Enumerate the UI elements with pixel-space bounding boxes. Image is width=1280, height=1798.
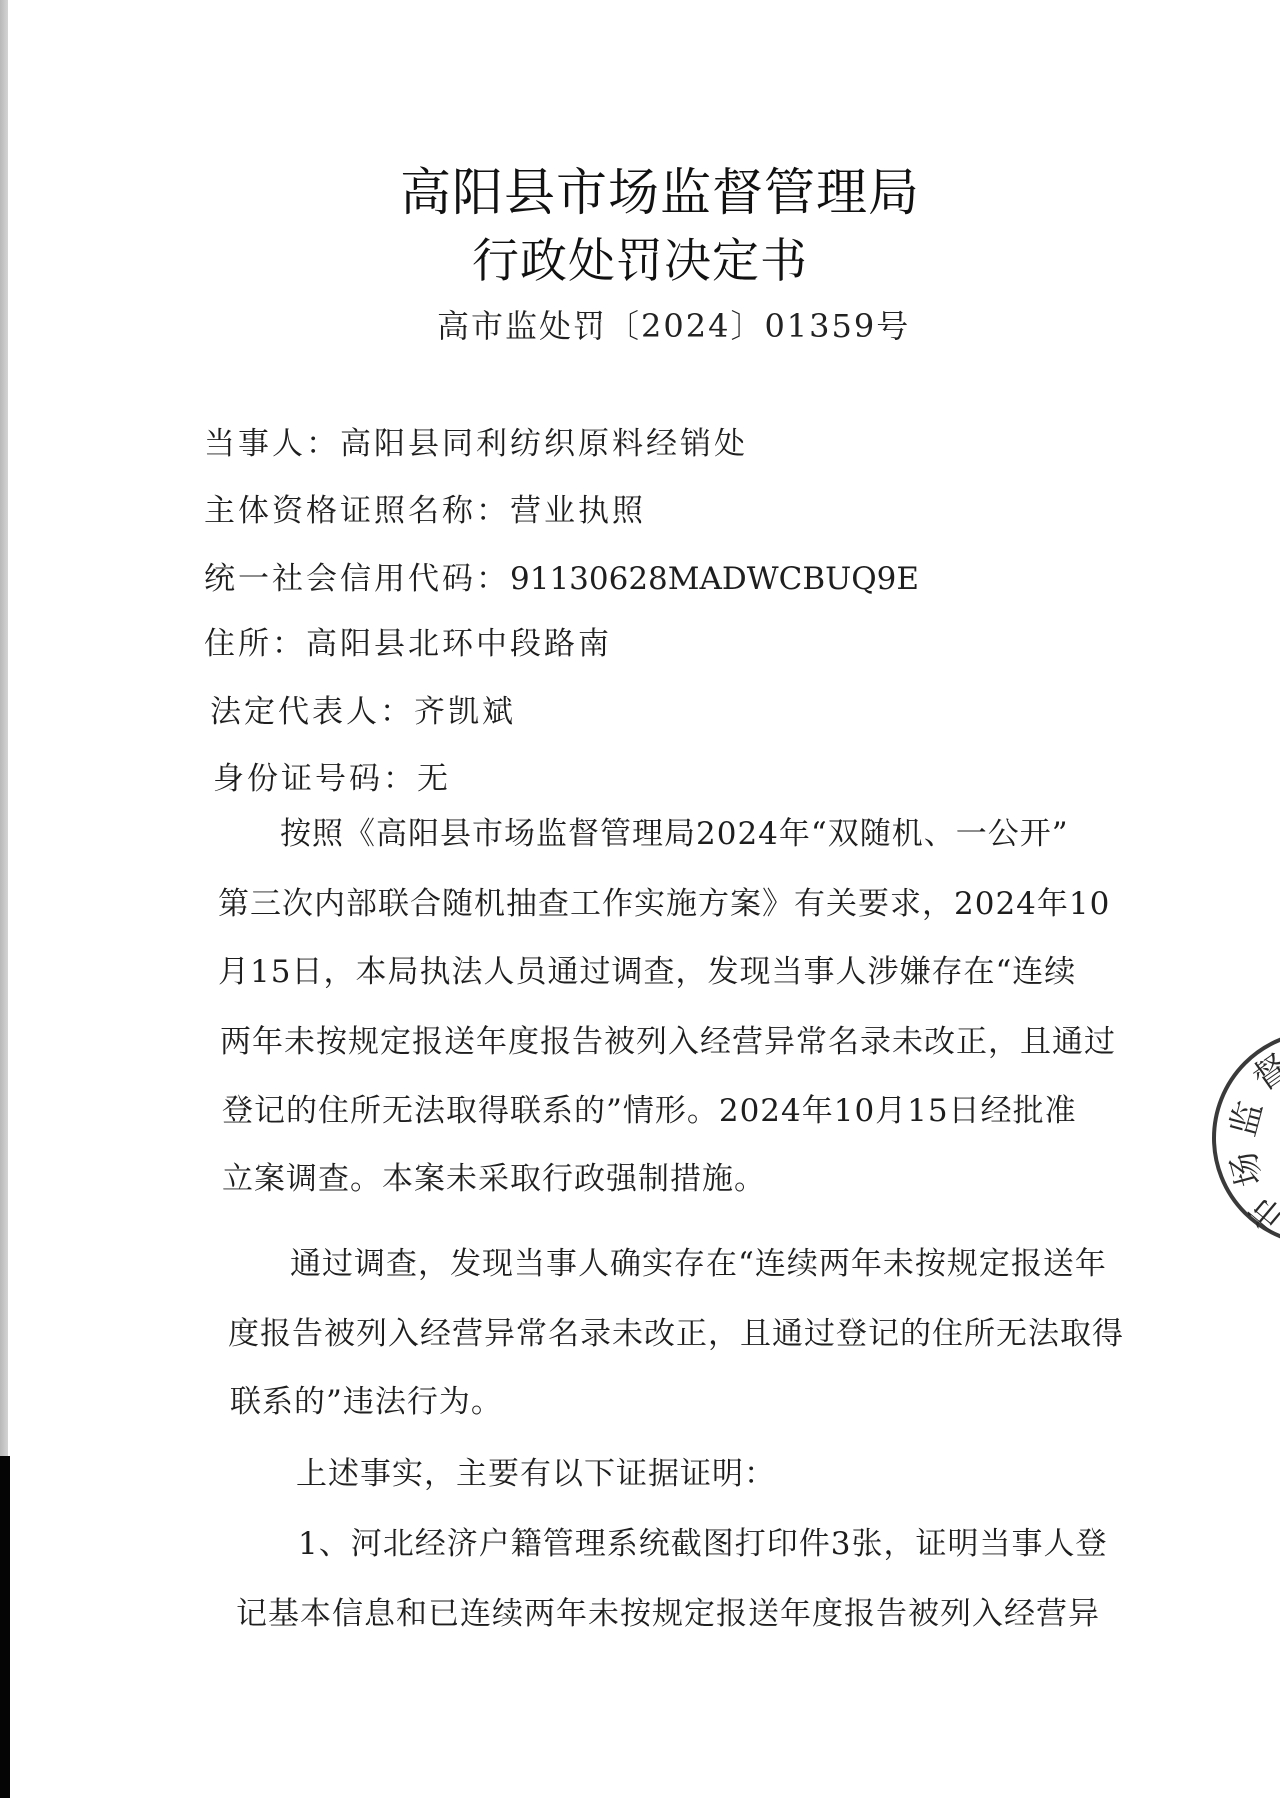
field-party: 当事人：高阳县同利纺织原料经销处 — [204, 429, 748, 460]
body-line: 度报告被列入经营异常名录未改正，且通过登记的住所无法取得 — [228, 1319, 1124, 1350]
seal-char: 市 — [1243, 1189, 1280, 1237]
field-license-name: 主体资格证照名称：营业执照 — [204, 496, 646, 527]
field-label: 当事人： — [204, 426, 340, 462]
title-document-type: 行政处罚决定书 — [472, 238, 808, 285]
body-line: 通过调查，发现当事人确实存在“连续两年未按规定报送年 — [290, 1249, 1107, 1280]
body-line: 上述事实，主要有以下证据证明： — [296, 1459, 776, 1490]
field-value: 高阳县同利纺织原料经销处 — [340, 426, 748, 462]
body-line: 记基本信息和已连续两年未按规定报送年度报告被列入经营异 — [236, 1599, 1100, 1630]
body-line: 按照《高阳县市场监督管理局2024年“双随机、一公开” — [280, 819, 1069, 850]
field-id-number: 身份证号码：无 — [213, 764, 451, 795]
seal-char: 监 — [1226, 1098, 1268, 1140]
field-value: 齐凯斌 — [414, 694, 516, 730]
document-number: 高市监处罚〔2024〕01359号 — [437, 310, 910, 342]
title-agency: 高阳县市场监督管理局 — [400, 168, 920, 219]
body-line: 两年未按规定报送年度报告被列入经营异常名录未改正，且通过 — [220, 1027, 1116, 1058]
body-line: 第三次内部联合随机抽查工作实施方案》有关要求，2024年10 — [218, 889, 1110, 920]
official-seal: 督 监 场 市 — [1212, 1030, 1280, 1246]
scan-edge-left-dark — [0, 1456, 10, 1798]
field-label: 住所： — [204, 626, 306, 662]
field-value: 91130628MADWCBUQ9E — [510, 561, 919, 597]
field-value: 高阳县北环中段路南 — [306, 626, 612, 662]
field-value: 营业执照 — [510, 493, 646, 529]
field-value: 无 — [417, 761, 451, 797]
field-credit-code: 统一社会信用代码：91130628MADWCBUQ9E — [204, 564, 919, 595]
scan-edge-left — [0, 0, 8, 1456]
body-line: 立案调查。本案未采取行政强制措施。 — [222, 1164, 766, 1195]
field-address: 住所：高阳县北环中段路南 — [204, 629, 612, 660]
body-line: 登记的住所无法取得联系的”情形。2024年10月15日经批准 — [222, 1096, 1077, 1127]
field-label: 法定代表人： — [210, 694, 414, 730]
field-label: 身份证号码： — [213, 761, 417, 797]
field-label: 主体资格证照名称： — [204, 493, 510, 529]
seal-char: 场 — [1226, 1148, 1268, 1190]
body-line: 月15日，本局执法人员通过调查，发现当事人涉嫌存在“连续 — [218, 957, 1076, 988]
field-label: 统一社会信用代码： — [204, 561, 510, 597]
field-legal-rep: 法定代表人：齐凯斌 — [210, 697, 516, 728]
body-line: 联系的”违法行为。 — [230, 1387, 503, 1418]
seal-char: 督 — [1247, 1049, 1280, 1096]
body-line: 1、河北经济户籍管理系统截图打印件3张，证明当事人登 — [298, 1529, 1107, 1560]
